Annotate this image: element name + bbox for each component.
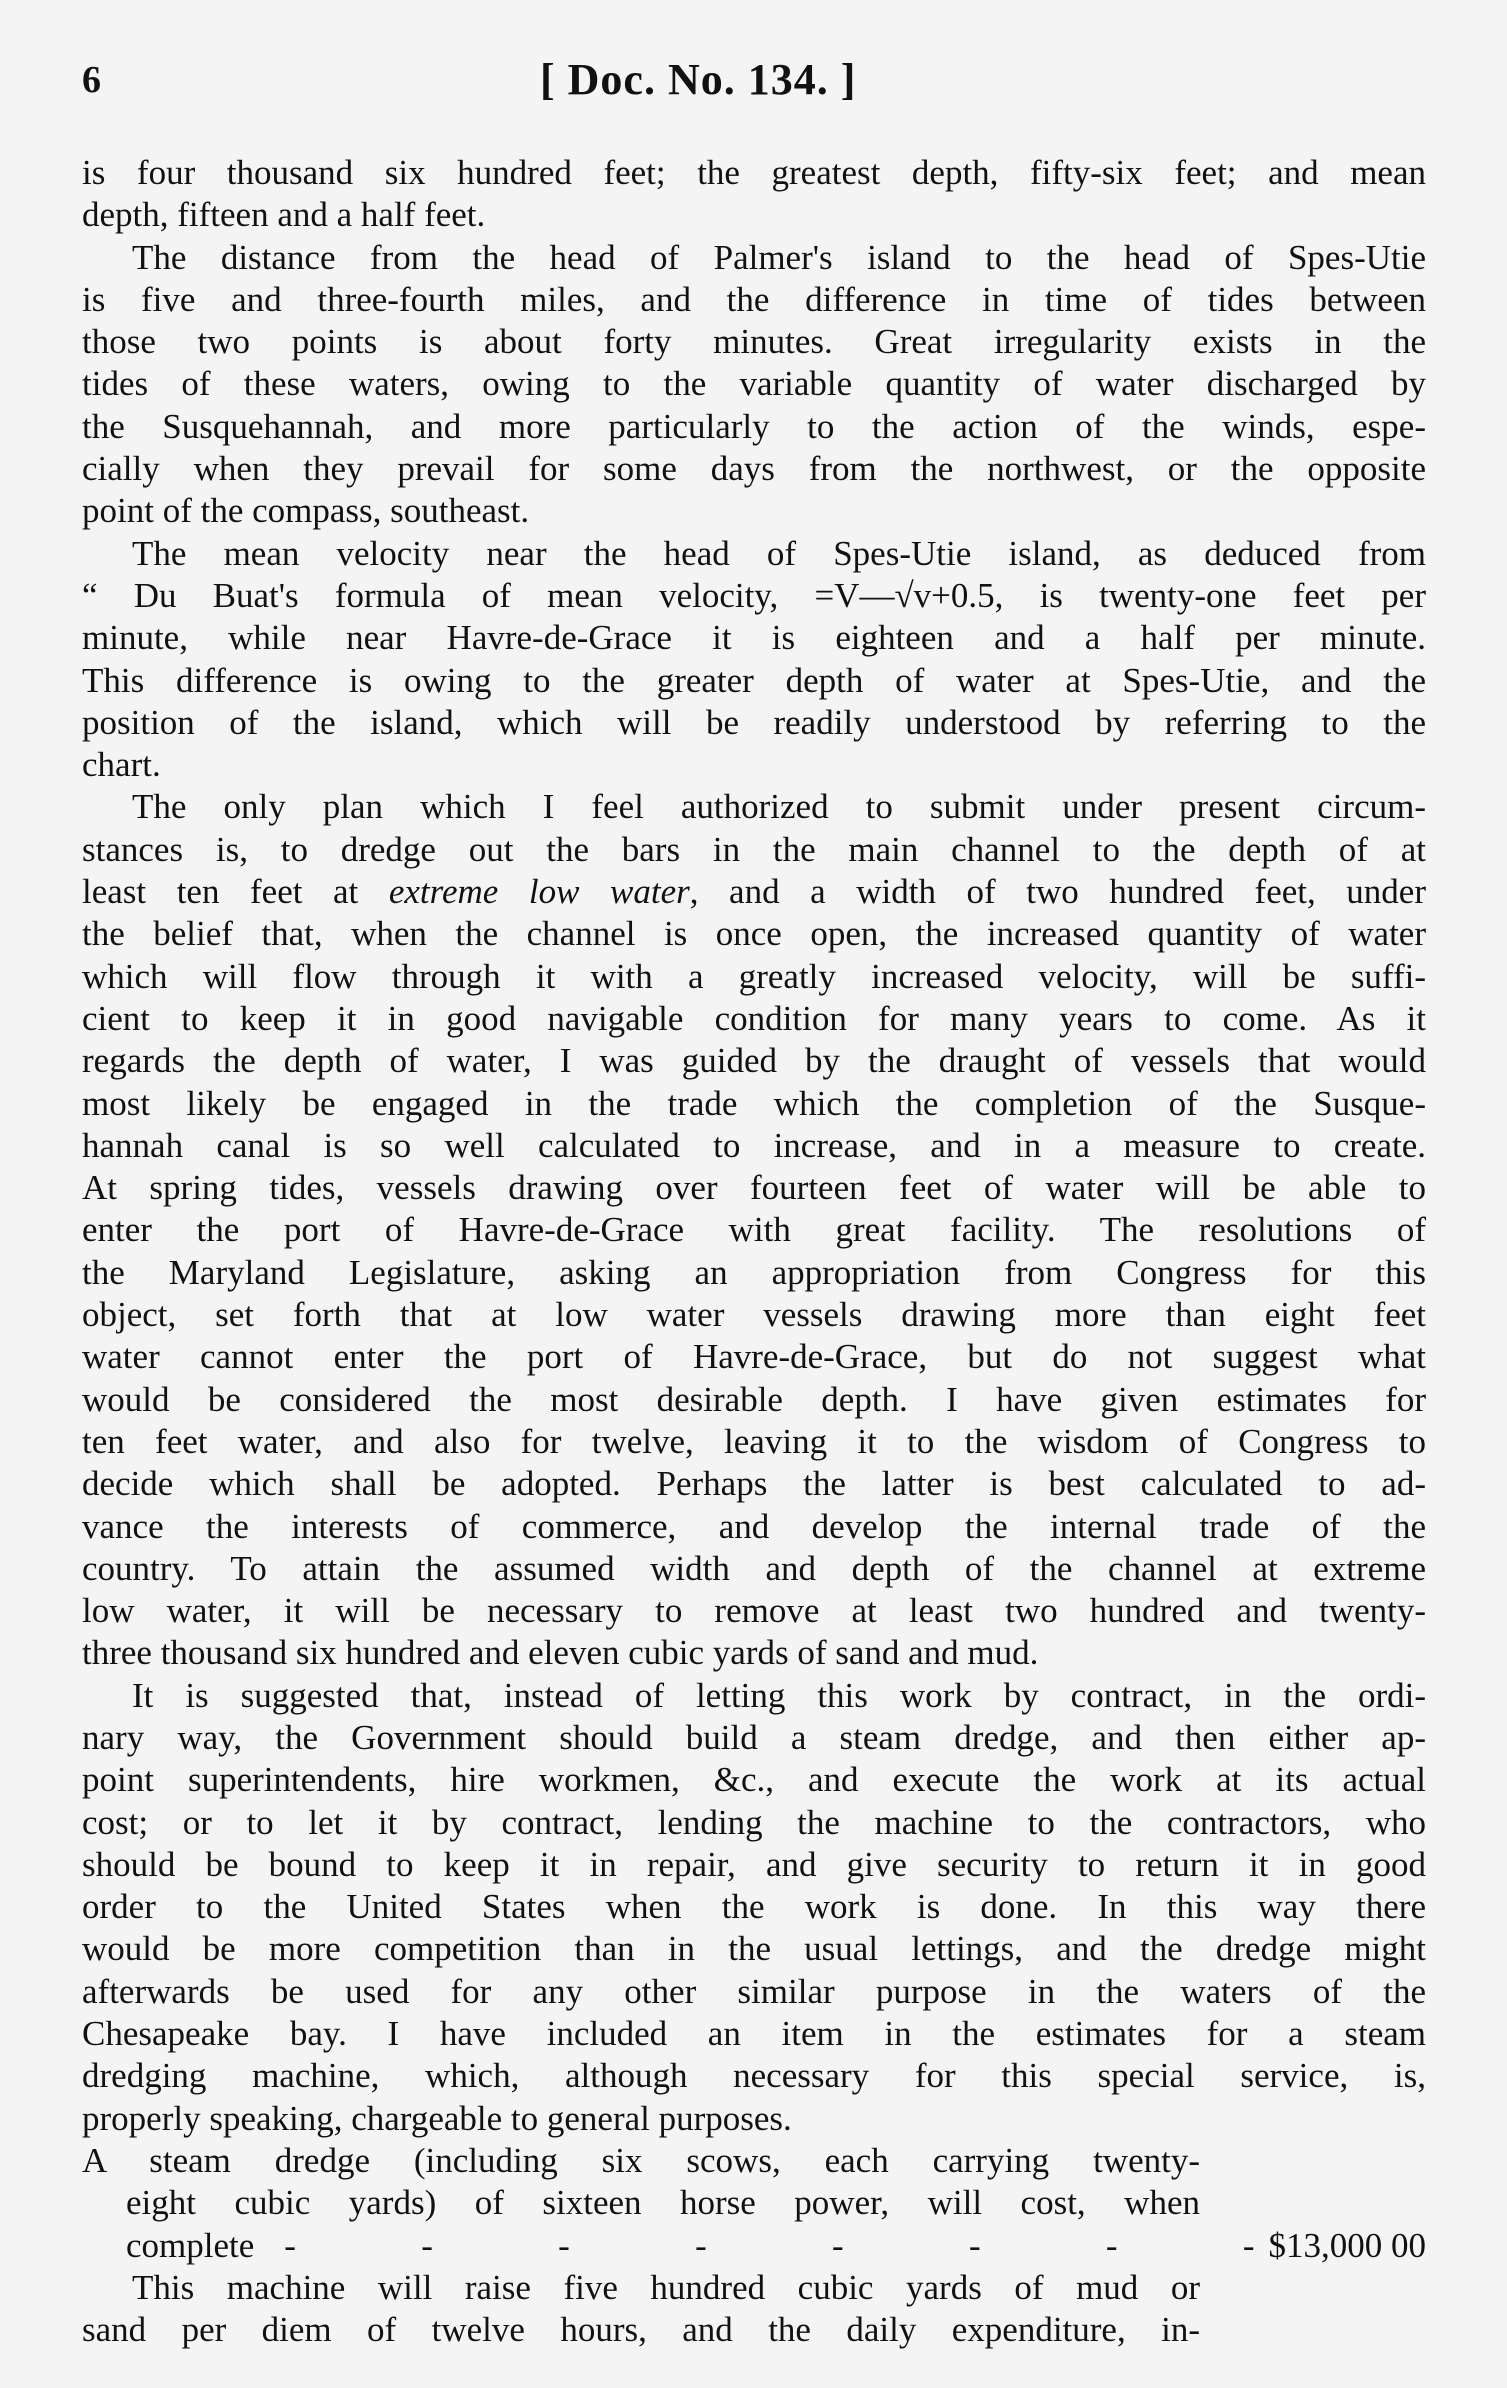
text-line: cient to keep it in good navigable condi… <box>82 998 1426 1040</box>
text-line: This difference is owing to the greater … <box>82 660 1426 702</box>
text-line: position of the island, which will be re… <box>82 702 1426 744</box>
text-line: Chesapeake bay. I have included an item … <box>82 2013 1426 2055</box>
text-line: enter the port of Havre-de-Grace with gr… <box>82 1209 1426 1251</box>
text-line: is five and three-fourth miles, and the … <box>82 279 1426 321</box>
text-line: would be more competition than in the us… <box>82 1928 1426 1970</box>
page-number: 6 <box>82 58 101 102</box>
text-line: vance the interests of commerce, and dev… <box>82 1506 1426 1548</box>
text-line: The mean velocity near the head of Spes-… <box>82 533 1426 575</box>
text-line: point of the compass, southeast. <box>82 490 1426 532</box>
text-line: point superintendents, hire workmen, &c.… <box>82 1759 1426 1801</box>
estimate-total-row: complete - - - - - - - - $13,000 00 <box>82 2225 1426 2267</box>
text-line: cost; or to let it by contract, lending … <box>82 1802 1426 1844</box>
text-line: the belief that, when the channel is onc… <box>82 913 1426 955</box>
text-line: dredging machine, which, although necess… <box>82 2055 1426 2097</box>
text-line: object, set forth that at low water vess… <box>82 1294 1426 1336</box>
text-line-italic: least ten feet at extreme low water, and… <box>82 871 1426 913</box>
estimate-line: eight cubic yards) of sixteen horse powe… <box>82 2182 1200 2224</box>
text-line: depth, fifteen and a half feet. <box>82 194 1426 236</box>
text-line: hannah canal is so well calculated to in… <box>82 1125 1426 1167</box>
text-line: cially when they prevail for some days f… <box>82 448 1426 490</box>
estimate-amount: $13,000 00 <box>1261 2225 1427 2267</box>
text-line: properly speaking, chargeable to general… <box>82 2098 1426 2140</box>
text-line: most likely be engaged in the trade whic… <box>82 1083 1426 1125</box>
text-line: nary way, the Government should build a … <box>82 1717 1426 1759</box>
dot-leader: - - - - - - - - <box>254 2225 1260 2267</box>
text-line: should be bound to keep it in repair, an… <box>82 1844 1426 1886</box>
text-line: which will flow through it with a greatl… <box>82 956 1426 998</box>
document-page: 6 [ Doc. No. 134. ] is four thousand six… <box>0 0 1507 2388</box>
text-line: This machine will raise five hundred cub… <box>82 2267 1200 2309</box>
text-line: regards the depth of water, I was guided… <box>82 1040 1426 1082</box>
text-line: afterwards be used for any other similar… <box>82 1971 1426 2013</box>
text-line: stances is, to dredge out the bars in th… <box>82 829 1426 871</box>
text-line: minute, while near Havre-de-Grace it is … <box>82 617 1426 659</box>
text-line: ten feet water, and also for twelve, lea… <box>82 1421 1426 1463</box>
text-line: tides of these waters, owing to the vari… <box>82 363 1426 405</box>
text-line: order to the United States when the work… <box>82 1886 1426 1928</box>
text-line: chart. <box>82 744 1426 786</box>
italic-phrase: extreme low water <box>389 872 690 911</box>
text-line: those two points is about forty minutes.… <box>82 321 1426 363</box>
estimate-line: A steam dredge (including six scows, eac… <box>82 2140 1200 2182</box>
text-line: would be considered the most desirable d… <box>82 1379 1426 1421</box>
text-line: the Susquehannah, and more particularly … <box>82 406 1426 448</box>
text-line: decide which shall be adopted. Perhaps t… <box>82 1463 1426 1505</box>
estimate-label: complete <box>82 2225 254 2267</box>
text-line: low water, it will be necessary to remov… <box>82 1590 1426 1632</box>
text-line: It is suggested that, instead of letting… <box>82 1675 1426 1717</box>
text-line: the Maryland Legislature, asking an appr… <box>82 1252 1426 1294</box>
text-line: three thousand six hundred and eleven cu… <box>82 1632 1426 1674</box>
text-line: At spring tides, vessels drawing over fo… <box>82 1167 1426 1209</box>
text-line: sand per diem of twelve hours, and the d… <box>82 2309 1200 2351</box>
body-text: is four thousand six hundred feet; the g… <box>82 152 1426 2351</box>
text-line: country. To attain the assumed width and… <box>82 1548 1426 1590</box>
doc-label: [ Doc. No. 134. ] <box>540 54 856 105</box>
text-line: The only plan which I feel authorized to… <box>82 786 1426 828</box>
text-line: is four thousand six hundred feet; the g… <box>82 152 1426 194</box>
page-header: 6 [ Doc. No. 134. ] <box>0 58 1507 118</box>
text-line: The distance from the head of Palmer's i… <box>82 237 1426 279</box>
formula-line: “ Du Buat's formula of mean velocity, =V… <box>82 575 1426 617</box>
text-line: water cannot enter the port of Havre-de-… <box>82 1336 1426 1378</box>
